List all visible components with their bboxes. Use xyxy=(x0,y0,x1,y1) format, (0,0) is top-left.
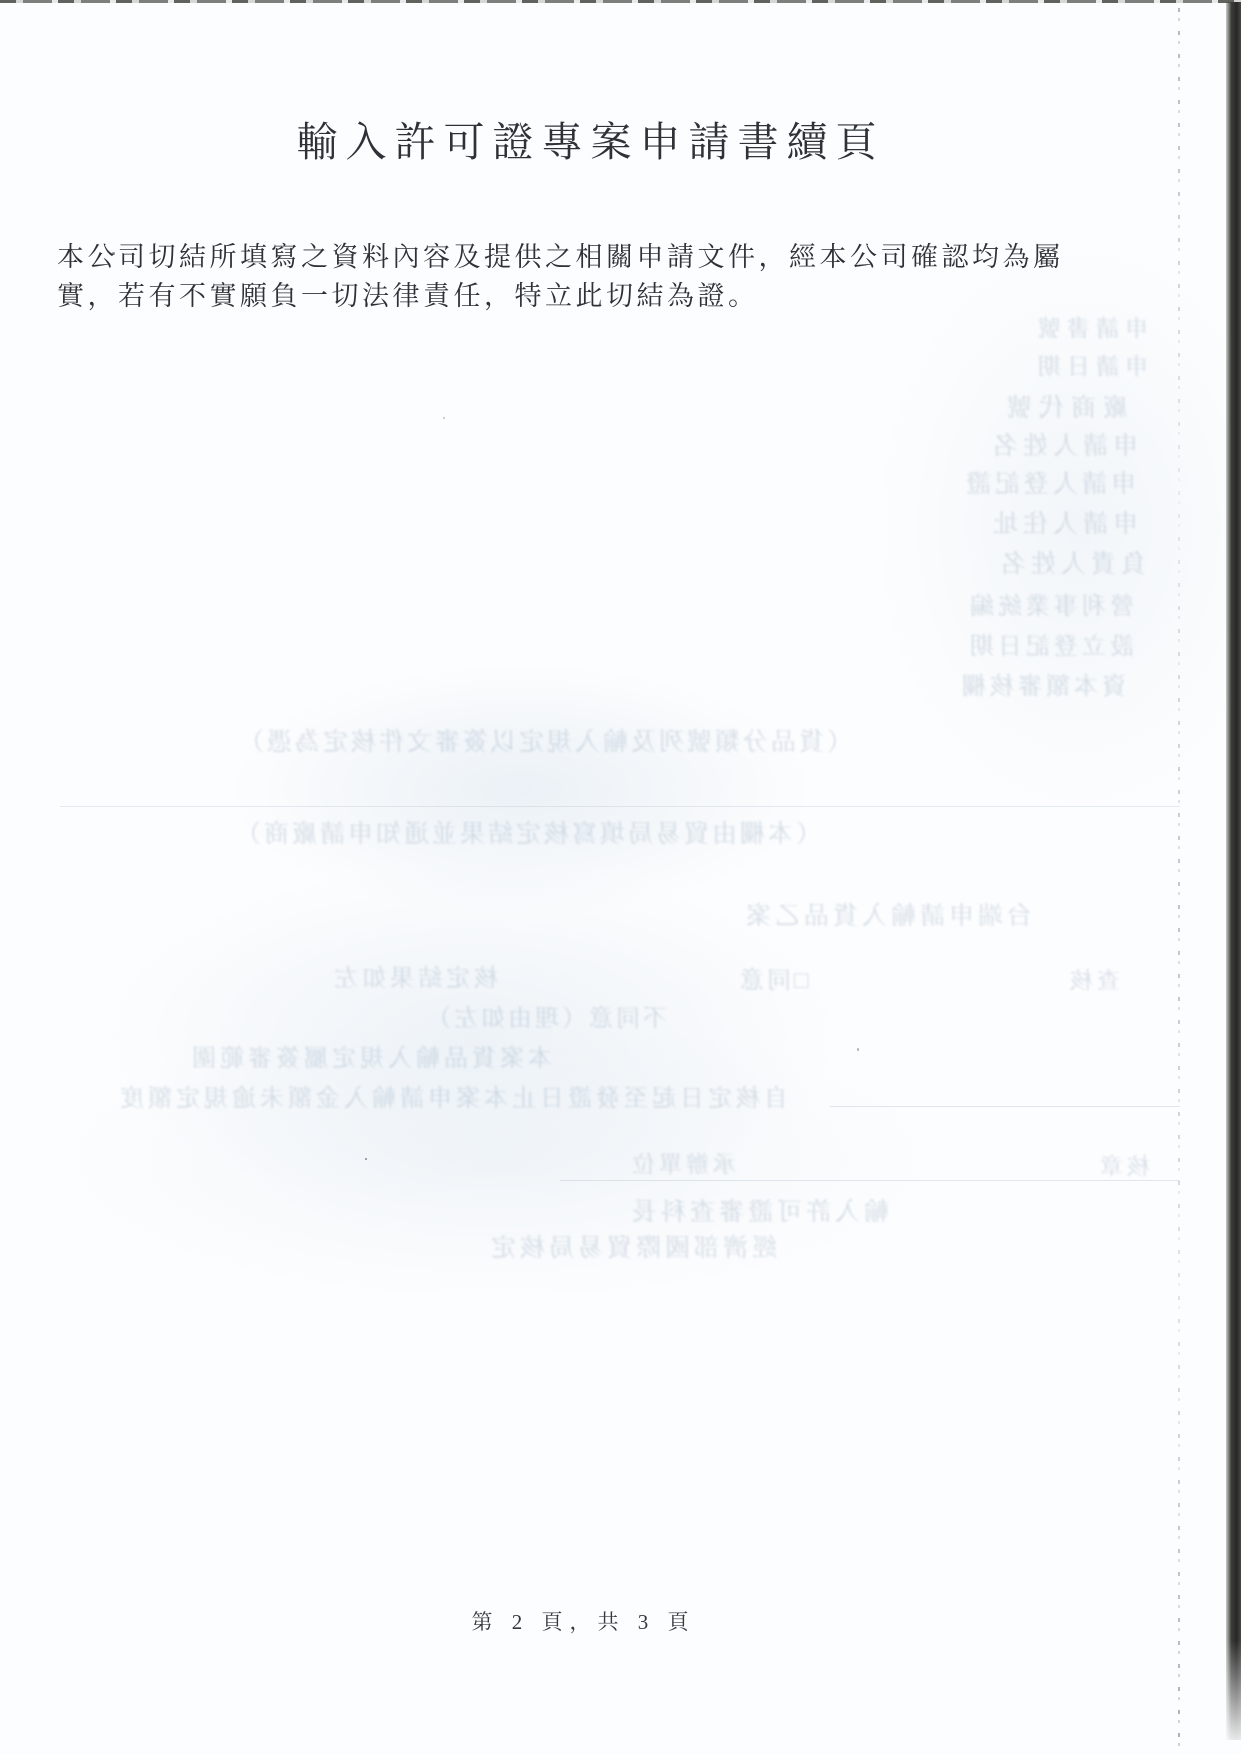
declaration-line-2: 實，若有不實願負一切法律責任，特立此切結為證。 xyxy=(57,277,1142,316)
bleedthrough-line: □同意 xyxy=(737,960,809,995)
declaration-paragraph: 本公司切結所填寫之資料內容及提供之相關申請文件，經本公司確認均為屬 實，若有不實… xyxy=(57,238,1142,316)
bleedthrough-line: 本案貨品輸入規定屬簽審範圍 xyxy=(188,1038,552,1073)
scan-edge-top xyxy=(0,0,1241,3)
bleedthrough-line: 輸入許可證審查科長 xyxy=(628,1192,889,1228)
page-title: 輸入許可證專案申請書續頁 xyxy=(0,109,1181,168)
scan-edge-right-fade xyxy=(1226,1640,1241,1740)
bleedthrough-line: 查核 xyxy=(1066,962,1120,995)
bleedthrough-line: 廠商代號 xyxy=(1000,388,1128,424)
bleedthrough-line: 承辦單位 xyxy=(628,1146,736,1179)
scanned-document-page: 申請書號申請日期廠商代號申請人姓名申請人登記證申請人住址負責人姓名營利事業統編設… xyxy=(0,0,1241,1755)
bleedthrough-line: 申請人登記證 xyxy=(962,464,1136,500)
declaration-line-1: 本公司切結所填寫之資料內容及提供之相關申請文件，經本公司確認均為屬 xyxy=(57,238,1142,277)
bleedthrough-rule-line xyxy=(560,1180,1180,1181)
bleedthrough-line: 不同意（理由如左） xyxy=(424,998,667,1033)
bleedthrough-line: 負責人姓名 xyxy=(996,544,1146,580)
scan-edge-right xyxy=(1226,2,1241,1740)
dust-speck xyxy=(112,252,115,255)
dust-speck xyxy=(443,417,445,419)
bleedthrough-line: 經濟部國際貿易局核定 xyxy=(487,1228,777,1264)
bleedthrough-line: （本欄由貿易局填寫核定結果並通知申請廠商） xyxy=(233,814,821,850)
dust-speck xyxy=(365,1158,367,1160)
bleedthrough-rule-line xyxy=(830,1106,1180,1107)
bleedthrough-line: 申請人姓名 xyxy=(988,426,1138,462)
bleedthrough-line: （貨品分類號列及輸入規定以簽審文件核定為憑） xyxy=(236,722,852,758)
bleedthrough-line: 申請人住址 xyxy=(988,504,1138,540)
bleedthrough-line: 營利事業統編 xyxy=(966,586,1134,621)
bleedthrough-rule-line xyxy=(60,806,1180,807)
bleedthrough-line: 核章 xyxy=(1096,1148,1150,1181)
bleedthrough-line: 資本額審核欄 xyxy=(958,666,1126,701)
perforation-dashed-line xyxy=(1178,8,1180,1748)
page-number: 第 2 頁，共 3 頁 xyxy=(0,1606,1167,1636)
bleedthrough-line: 自核定日起至發證日止本案申請輸入金額未逾規定額度 xyxy=(116,1078,788,1113)
bleedthrough-line: 設立登記日期 xyxy=(966,626,1134,661)
dust-speck xyxy=(857,1048,859,1051)
bleedthrough-line: 核定結果如左 xyxy=(330,958,498,993)
bleedthrough-line: 台端申請輸入貨品乙案 xyxy=(742,896,1032,932)
bleedthrough-line: 申請日期 xyxy=(1032,348,1148,381)
